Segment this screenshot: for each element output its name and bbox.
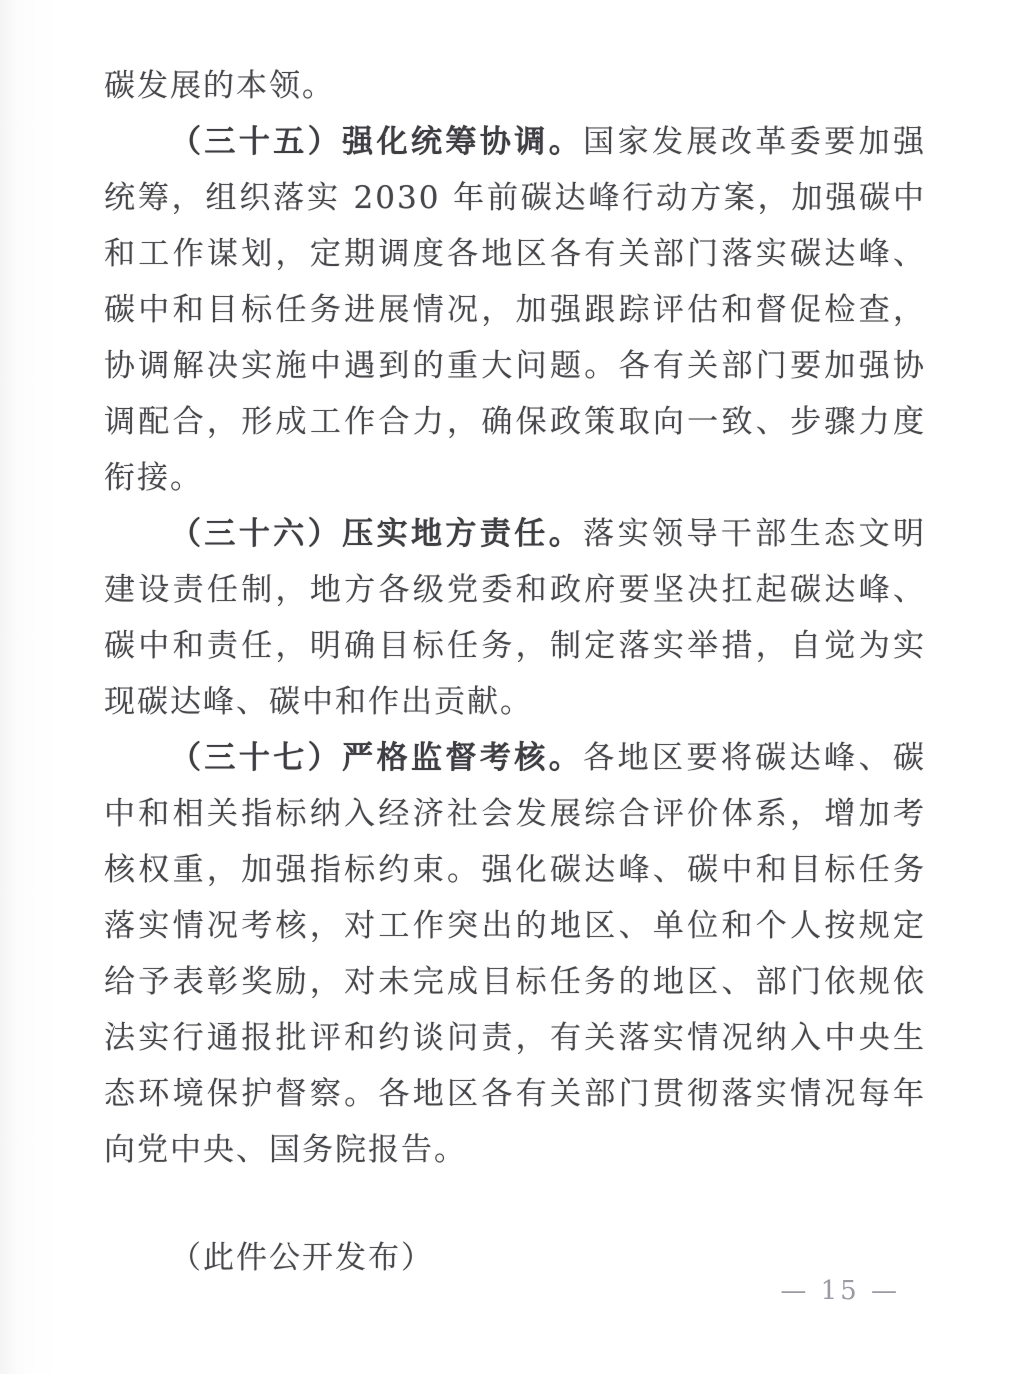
section-heading: （三十五）强化统筹协调。 xyxy=(170,124,583,160)
paragraph: （三十五）强化统筹协调。国家发展改革委要加强统筹，组织落实 2030 年前碳达峰… xyxy=(104,114,926,506)
paragraph: （三十六）压实地方责任。落实领导干部生态文明建设责任制，地方各级党委和政府要坚决… xyxy=(104,506,926,730)
section-heading: （三十七）严格监督考核。 xyxy=(170,740,583,776)
document-body: 碳发展的本领。（三十五）强化统筹协调。国家发展改革委要加强统筹，组织落实 203… xyxy=(104,58,926,1286)
section-heading: （三十六）压实地方责任。 xyxy=(170,516,583,552)
document-page: 碳发展的本领。（三十五）强化统筹协调。国家发展改革委要加强统筹，组织落实 203… xyxy=(0,0,1032,1374)
paragraph: （三十七）严格监督考核。各地区要将碳达峰、碳中和相关指标纳入经济社会发展综合评价… xyxy=(104,730,926,1178)
page-number: — 15 — xyxy=(780,1276,900,1306)
paragraph-text: 碳发展的本领。 xyxy=(104,68,335,104)
paragraph-text: 国家发展改革委要加强统筹，组织落实 2030 年前碳达峰行动方案，加强碳中和工作… xyxy=(104,124,926,496)
paragraph-text: 各地区要将碳达峰、碳中和相关指标纳入经济社会发展综合评价体系，增加考核权重，加强… xyxy=(104,740,926,1168)
paragraph-text: （此件公开发布） xyxy=(170,1240,434,1276)
paragraph: 碳发展的本领。 xyxy=(104,58,926,114)
